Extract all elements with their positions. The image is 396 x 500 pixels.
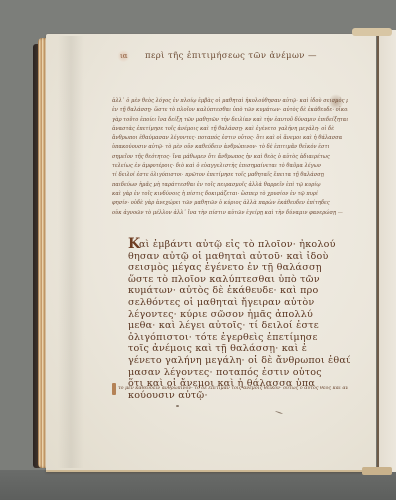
gospel-line: θησαν αὐτῷ οἱ μαθηταὶ αὐτοῦ· καὶ ἰδοὺ: [128, 251, 350, 263]
gospel-line: ὥστε τὸ πλοῖον καλύπτεσθαι ὑπὸ τῶν: [128, 274, 350, 286]
gospel-line: κυμάτων· αὐτὸς δὲ ἐκάθευδε· καὶ προ: [128, 285, 350, 297]
torn-page-corner: [352, 28, 392, 36]
commentary-line: γὰρ τοῦτο ἐποίει ἵνα δείξῃ τῶν μαθητῶν τ…: [112, 116, 348, 125]
commentary-line: οὐκ ἀγνοῶν τὸ μέλλον ἀλλ᾽ ἵνα τὴν πίστιν…: [112, 209, 348, 218]
folio-number-mark: ια: [117, 50, 130, 62]
commentary-line: ἀλλ᾽ ὁ μὲν θεὸς λόγος ἐν πλοίῳ ἐμβὰς οἱ …: [112, 97, 348, 106]
commentary-line: παιδεύων ἡμᾶς μὴ ταράττεσθαι ἐν τοῖς πει…: [112, 181, 348, 190]
gospel-line: τοῖς ἀνέμοις καὶ τῇ θαλάσσῃ· καὶ ἐ: [128, 343, 350, 355]
commentary-line: σημεῖον τῆς θεότητος· ἵνα μάθωμεν ὅτι ἄν…: [112, 153, 348, 162]
torn-page-corner-bottom: [362, 467, 392, 475]
gospel-line: μεθα· καὶ λέγει αὐτοῖς· τί δειλοί ἐστε: [128, 320, 350, 332]
commentary-line: φησίν· οὐδὲ γὰρ ἀνεχώρει τῶν μαθητῶν ὁ κ…: [112, 199, 348, 208]
gospel-line: λέγοντες· κύριε σῶσον ἡμᾶς ἀπολλύ: [128, 309, 350, 321]
gospel-line: γένετο γαλήνη μεγάλη· οἱ δὲ ἄνθρωποι ἐθα…: [128, 355, 350, 367]
gospel-line: αὶ ἐμβάντι αὐτῷ εἰς τὸ πλοῖον· ἠκολού: [128, 239, 350, 251]
page-fold-crease: [58, 36, 84, 468]
gospel-line: κούουσιν αὐτῷ·: [128, 390, 350, 402]
commentary-line: τί δειλοί ἐστε ὀλιγόπιστοι· πρῶτον ἐπετί…: [112, 171, 348, 180]
gospel-line: σεισμὸς μέγας ἐγένετο ἐν τῇ θαλάσσῃ: [128, 262, 350, 274]
commentary-line: τελείως ἐν ἀμφοτέροις· διὸ καὶ ὁ εὐαγγελ…: [112, 162, 348, 171]
commentary-block: ἀλλ᾽ ὁ μὲν θεὸς λόγος ἐν πλοίῳ ἐμβὰς οἱ …: [112, 97, 348, 218]
commentary-line: καὶ γὰρ ἐν τοῖς κινδύνοις ἡ πίστις δοκιμ…: [112, 190, 348, 199]
gospel-text-block: αὶ ἐμβάντι αὐτῷ εἰς τὸ πλοῖον· ἠκολού θη…: [128, 239, 350, 401]
commentary-line: ἀναστὰς ἐπετίμησε τοῖς ἀνέμοις καὶ τῇ θα…: [112, 125, 348, 134]
marginal-marker: [112, 383, 116, 395]
commentary-line: ἐν τῇ θαλάσσῃ· ὥστε τὸ πλοῖον καλύπτεσθα…: [112, 106, 348, 115]
facing-page: [379, 30, 396, 472]
gospel-line: σελθόντες οἱ μαθηταὶ ἤγειραν αὐτὸν: [128, 297, 350, 309]
gospel-line: μασαν λέγοντες· ποταπός ἐστιν οὗτος: [128, 367, 350, 379]
marginal-note: τὸ μὲν καθεύδειν ἀνθρώπινον· τὸ δὲ ἐπιτι…: [118, 386, 348, 391]
commentary-line: ὑπακούουσιν αὐτῷ· τὸ μὲν οὖν καθεύδειν ἀ…: [112, 143, 348, 152]
commentary-line: ἄνθρωποι ἐθαύμασαν λέγοντες· ποταπός ἐστ…: [112, 134, 348, 143]
page-speck: [176, 405, 179, 407]
gospel-line: ὀλιγόπιστοι· τότε ἐγερθεὶς ἐπετίμησε: [128, 332, 350, 344]
chapter-heading: περὶ τῆς ἐπιτιμήσεως τῶν ἀνέμων —: [145, 51, 345, 61]
background-surface: [0, 470, 396, 500]
